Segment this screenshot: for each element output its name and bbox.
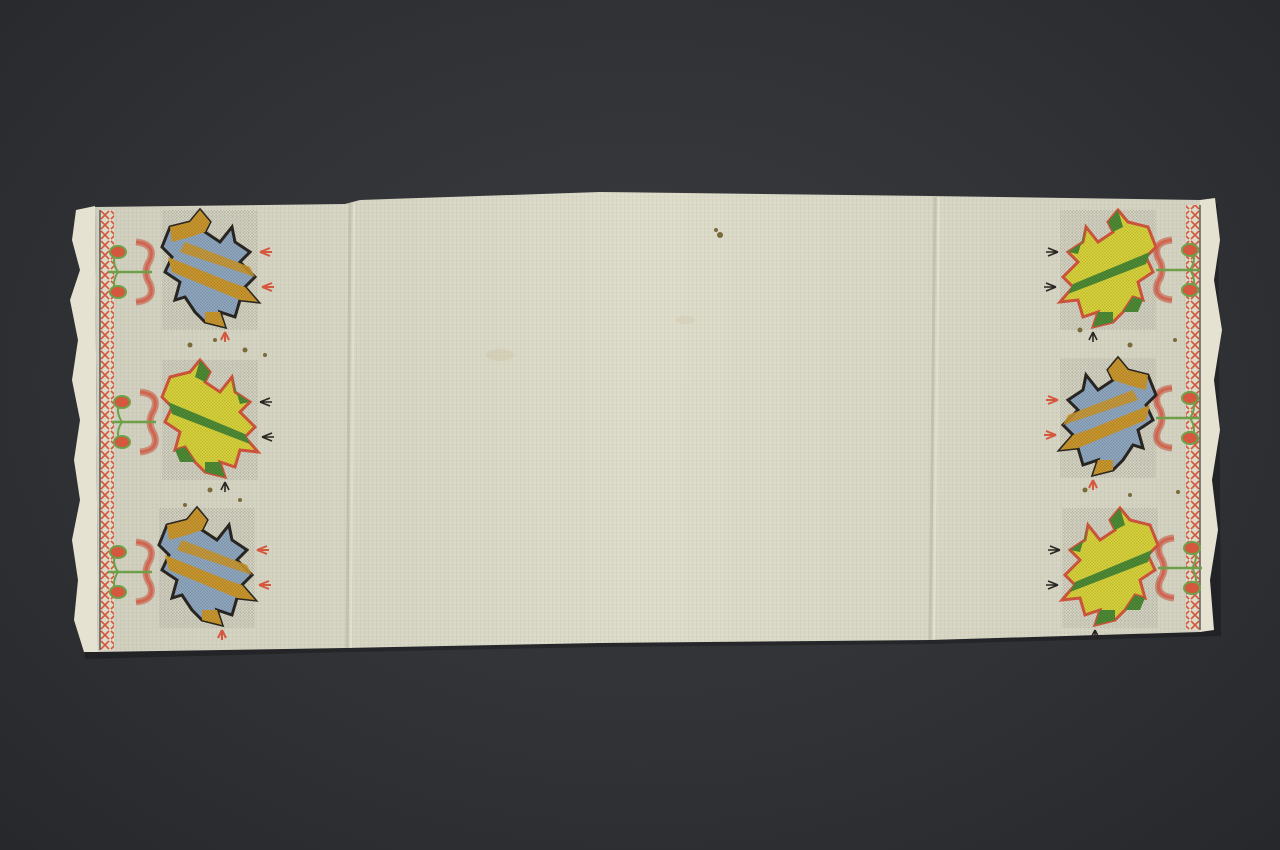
border-band-left xyxy=(100,210,114,650)
photo-scene: Embroidered textile on dark background xyxy=(0,0,1280,850)
fringe-left xyxy=(70,206,98,652)
embroidered-textile xyxy=(0,0,1280,850)
